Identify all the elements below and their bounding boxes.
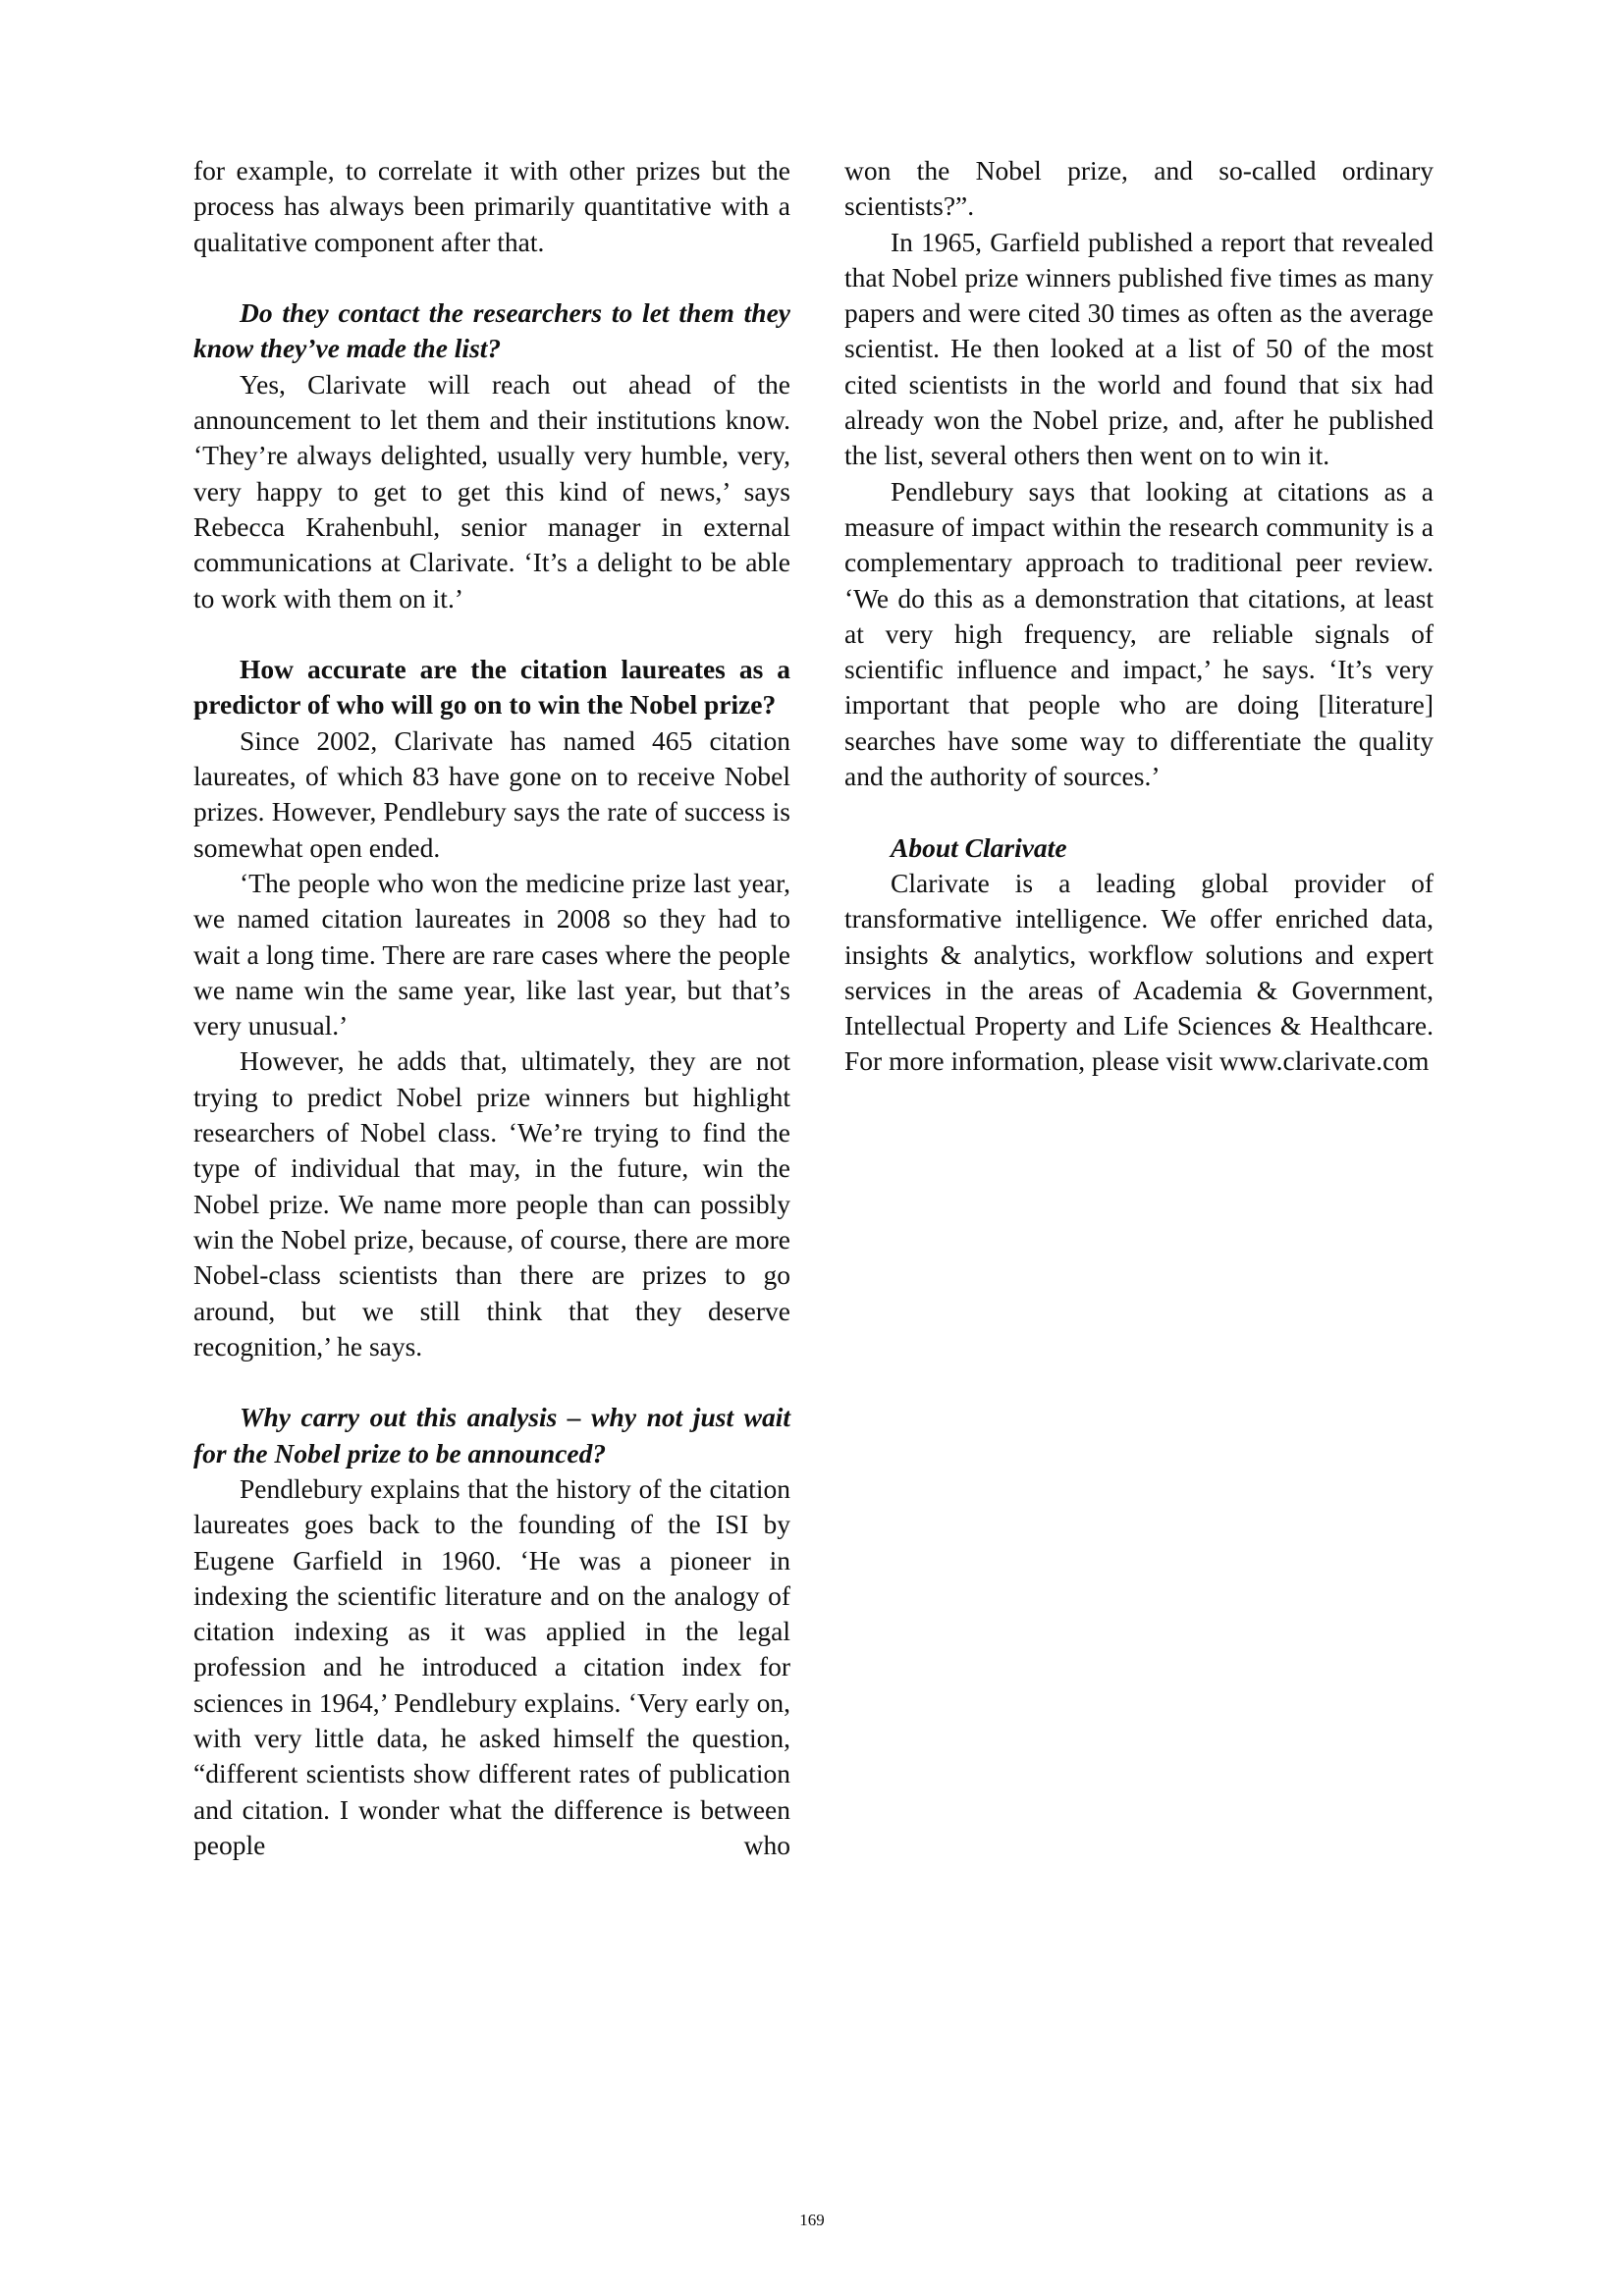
question-heading-why: Why carry out this analysis – why not ju…	[193, 1400, 790, 1471]
page-number: 169	[0, 2211, 1624, 2230]
paragraph: ‘The people who won the medicine prize l…	[193, 866, 790, 1043]
paragraph: Pendlebury says that looking at citation…	[844, 474, 1434, 795]
paragraph: Pendlebury explains that the history of …	[193, 1471, 790, 1863]
paragraph: However, he adds that, ultimately, they …	[193, 1043, 790, 1364]
paragraph: In 1965, Garfield published a report tha…	[844, 225, 1434, 474]
right-column: won the Nobel prize, and so-called ordin…	[844, 153, 1434, 1080]
question-heading-accuracy: How accurate are the citation laureates …	[193, 652, 790, 723]
paragraph-gap	[193, 1364, 790, 1400]
question-heading-contact: Do they contact the researchers to let t…	[193, 295, 790, 367]
paragraph-gap	[193, 616, 790, 652]
about-paragraph: Clarivate is a leading global provider o…	[844, 866, 1434, 1080]
document-page: for example, to correlate it with other …	[0, 0, 1624, 2296]
paragraph: Yes, Clarivate will reach out ahead of t…	[193, 367, 790, 616]
continued-paragraph: won the Nobel prize, and so-called ordin…	[844, 153, 1434, 225]
paragraph: Since 2002, Clarivate has named 465 cita…	[193, 723, 790, 866]
continued-paragraph: for example, to correlate it with other …	[193, 153, 790, 260]
paragraph-gap	[193, 260, 790, 295]
about-heading: About Clarivate	[844, 830, 1434, 866]
paragraph-gap	[844, 794, 1434, 829]
left-column: for example, to correlate it with other …	[193, 153, 790, 1863]
